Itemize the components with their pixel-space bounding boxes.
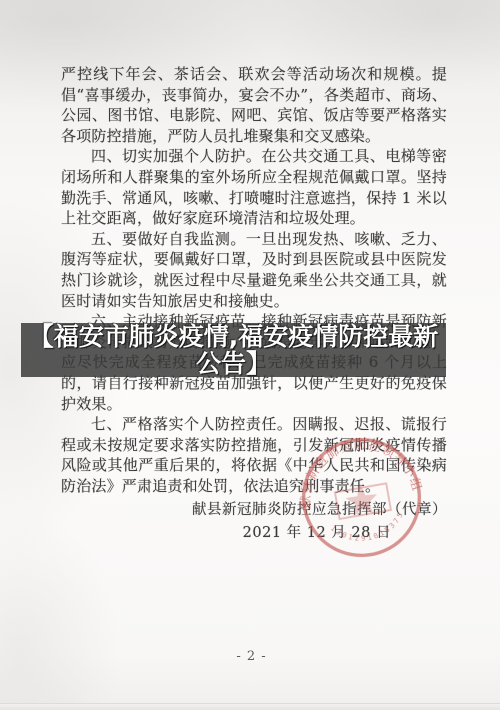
paragraph-item-4: 四、切实加强个人防护。在公共交通工具、电梯等密闭场所和人群聚集的室外场所应全程规… [61,146,447,228]
paragraph-item-5: 五、要做好自我监测。一旦出现发热、咳嗽、乏力、腹泻等症状，要佩戴好口罩，及时到县… [61,229,447,311]
overlay-title-banner: 【福安市肺炎疫情,福安疫情防控最新公告】 [21,323,446,377]
scan-bottom-edge [0,703,500,710]
paragraph-continuation: 严控线下年会、茶话会、联欢会等活动场次和规模。提倡“喜事缓办，丧事简办，宴会不办… [61,64,447,146]
official-red-seal: 献县新冠肺炎防控领导小组 1301291015375 [286,422,436,572]
scanned-document-page: 严控线下年会、茶话会、联欢会等活动场次和规模。提倡“喜事缓办，丧事简办，宴会不办… [0,0,500,710]
seal-star-icon [344,481,379,517]
page-number: - 2 - [0,649,500,664]
overlay-title-text: 【福安市肺炎疫情,福安疫情防控最新公告】 [21,323,446,377]
